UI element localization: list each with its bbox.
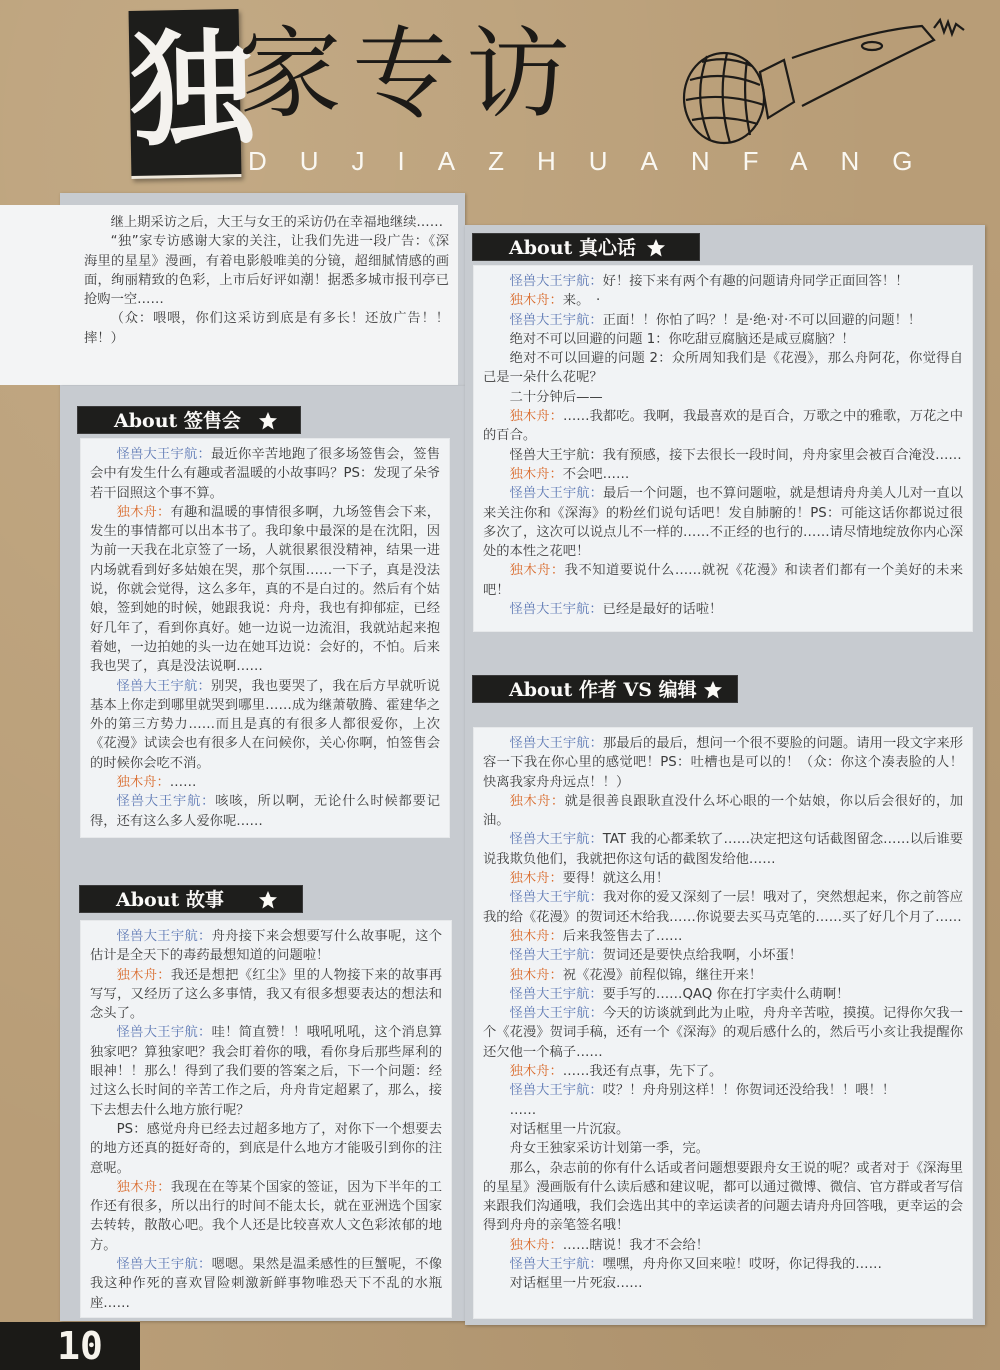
dialog-line: 独木舟：祝《花漫》前程似锦，继往开来！ (483, 966, 963, 985)
speaker-b-label: 独木舟： (510, 1238, 563, 1253)
star-icon (258, 411, 278, 431)
section-title-signing: About 签售会 (77, 406, 301, 434)
dialog-line: 怪兽大王宇航：好！接下来有两个有趣的问题请舟同学正面回答！！ (483, 272, 963, 291)
dialog-line: 怪兽大王宇航：TAT 我的心都柔软了……决定把这句话截图留念……以后谁要说我欺负… (483, 830, 963, 869)
speaker-b-label: 独木舟： (510, 794, 565, 809)
section-title-truth: About 真心话 (472, 233, 700, 261)
speaker-a-label: 怪兽大王宇航： (510, 1083, 603, 1098)
speaker-b-label: 独木舟： (117, 968, 171, 983)
dialog-line: 独木舟：不会吧…… (483, 465, 963, 484)
dialog-line: 怪兽大王宇航：已经是最好的话啦！ (483, 600, 963, 619)
dialog-line: 独木舟：来。 · (483, 291, 963, 310)
title-highlight-block: 独 (129, 9, 242, 179)
speaker-a-label: 怪兽大王宇航： (117, 679, 211, 694)
dialog-line: 独木舟：就是很善良跟耿直没什么坏心眼的一个姑娘，你以后会很好的，加油。 (483, 792, 963, 831)
speaker-a-label: 怪兽大王宇航： (510, 736, 603, 751)
dialog-line: 独木舟：我不知道要说什么……就祝《花漫》和读者们都有一个美好的未来吧！ (483, 561, 963, 600)
speaker-a-plain-label: 怪兽大王宇航： (510, 448, 603, 463)
microphone-icon (672, 10, 972, 150)
dialog-line: 怪兽大王宇航：那最后的最后，想问一个很不要脸的问题。请用一段文字来形容一下我在你… (483, 734, 963, 792)
dialog-line: 怪兽大王宇航：我有预感，接下去很长一段时间，舟舟家里会被百合淹没…… (483, 446, 963, 465)
speaker-a-label: 怪兽大王宇航： (117, 794, 216, 809)
speaker-b-label: 独木舟： (510, 871, 563, 886)
dialog-line: 怪兽大王宇航：我对你的爱又深刻了一层！哦对了，突然想起来，你之前答应我的给《花漫… (483, 888, 963, 927)
speaker-a-label: 怪兽大王宇航： (510, 486, 603, 501)
dialog-line: 独木舟：……瞎说！我才不会给！ (483, 1236, 963, 1255)
dialog-line: 怪兽大王宇航：最近你辛苦地跑了很多场签售会，签售会中有发生什么有趣或者温暖的小故… (90, 445, 440, 503)
speaker-a-label: 怪兽大王宇航： (117, 1257, 212, 1272)
speaker-a-label: 怪兽大王宇航： (510, 948, 603, 963)
section-body-truth: 怪兽大王宇航：好！接下来有两个有趣的问题请舟同学正面回答！！ 独木舟：来。 · … (473, 265, 973, 632)
speaker-b-label: 独木舟： (117, 1180, 171, 1195)
dialog-line: 独木舟：后来我签售去了…… (483, 927, 963, 946)
speaker-a-label: 怪兽大王宇航： (510, 1006, 603, 1021)
section-body-signing: 怪兽大王宇航：最近你辛苦地跑了很多场签售会，签售会中有发生什么有趣或者温暖的小故… (80, 438, 450, 838)
dialog-line: 独木舟：……我都吃。我啊，我最喜欢的是百合，万歌之中的雅歌，万花之中的百合。 (483, 407, 963, 446)
dialog-line: 怪兽大王宇航：哇！简直赞！！哦吼吼吼，这个消息算独家吧？算独家吧？我会盯着你的哦… (90, 1023, 442, 1119)
dialog-line: 怪兽大王宇航：最后一个问题，也不算问题啦，就是想请舟舟美人儿对一直以来关注你和《… (483, 484, 963, 561)
section-title-story: About 故事 (79, 885, 303, 913)
speaker-b-label: 独木舟： (510, 929, 563, 944)
dialog-line: 独木舟：有趣和温暖的事情很多啊，九场签售会下来，发生的事情都可以出本书了。我印象… (90, 503, 440, 677)
speaker-b-label: 独木舟： (510, 467, 563, 482)
dialog-line: 怪兽大王宇航：嘿嘿，舟舟你又回来啦！哎呀，你记得我的…… (483, 1255, 963, 1274)
speaker-b-label: 独木舟： (510, 563, 565, 578)
dialog-line: …… (483, 1101, 963, 1120)
dialog-line: 对话框里一片死寂…… (483, 1274, 963, 1293)
dialog-line: 怪兽大王宇航：舟舟接下来会想要写什么故事呢，这个估计是全天下的毒药最想知道的问题… (90, 927, 442, 966)
dialog-line: 对话框里一片沉寂。 (483, 1120, 963, 1139)
section-body-author-vs-editor: 怪兽大王宇航：那最后的最后，想问一个很不要脸的问题。请用一段文字来形容一下我在你… (473, 727, 973, 1319)
dialog-line: 二十分钟后—— (483, 388, 963, 407)
speaker-a-label: 怪兽大王宇航： (510, 602, 603, 617)
speaker-b-label: 独木舟： (510, 409, 563, 424)
speaker-a-label: 怪兽大王宇航： (510, 832, 603, 847)
star-icon (646, 238, 666, 258)
star-icon (703, 680, 723, 700)
intro-paragraph: “独”家专访感谢大家的关注，让我们先进一段广告：《深海里的星星》漫画，有着电影般… (84, 232, 449, 309)
speaker-a-label: 怪兽大王宇航： (117, 447, 211, 462)
title-rest: 家专访 (238, 17, 580, 131)
speaker-a-label: 怪兽大王宇航： (510, 890, 603, 905)
title-first-char: 独 (129, 15, 242, 167)
speaker-a-label: 怪兽大王宇航： (117, 929, 212, 944)
dialog-line: 独木舟：……我还有点事，先下了。 (483, 1062, 963, 1081)
dialog-line: 独木舟：我现在在等某个国家的签证，因为下半年的工作还有很多，所以出行的时间不能太… (90, 1178, 442, 1255)
speaker-a-label: 怪兽大王宇航： (117, 1025, 212, 1040)
dialog-line: 独木舟：…… (90, 773, 440, 792)
intro-text-box: 继上期采访之后，大王与女王的采访仍在幸福地继续…… “独”家专访感谢大家的关注，… (0, 205, 458, 385)
star-icon (258, 890, 278, 910)
dialog-line: 怪兽大王宇航：别哭，我也要哭了，我在后方早就听说基本上你走到哪里就哭到哪里……成… (90, 677, 440, 773)
speaker-b-label: 独木舟： (117, 775, 170, 790)
dialog-line: 怪兽大王宇航：咳咳，所以啊，无论什么时候都要记得，还有这么多人爱你呢…… (90, 792, 440, 831)
speaker-b-label: 独木舟： (510, 968, 563, 983)
dialog-line: 舟女王独家采访计划第一季，完。 (483, 1139, 963, 1158)
intro-paragraph: 继上期采访之后，大王与女王的采访仍在幸福地继续…… (84, 213, 449, 232)
dialog-line: 独木舟：要得！就这么用！ (483, 869, 963, 888)
dialog-line: 怪兽大王宇航：哎？！舟舟别这样！！你贺词还没给我！！喂！！ (483, 1081, 963, 1100)
speaker-b-label: 独木舟： (117, 505, 171, 520)
dialog-line: 怪兽大王宇航：嗯嗯。果然是温柔感性的巨蟹呢，不像我这种作死的喜欢冒险刺激新鲜事物… (90, 1255, 442, 1313)
dialog-line: 怪兽大王宇航：正面！！你怕了吗？！是·绝·对·不可以回避的问题！！ (483, 311, 963, 330)
speaker-b-label: 独木舟： (510, 1064, 563, 1079)
intro-paragraph: （众：喂喂，你们这采访到底是有多长！还放广告！！摔！） (84, 309, 449, 348)
speaker-a-label: 怪兽大王宇航： (510, 274, 603, 289)
dialog-line: 那么，杂志前的你有什么话或者问题想要跟舟女王说的呢？或者对于《深海里的星星》漫画… (483, 1159, 963, 1236)
title-pinyin: DUJIAZHUANFANG (248, 146, 945, 177)
dialog-line: 怪兽大王宇航：要手写的……QAQ 你在打字卖什么萌啊！ (483, 985, 963, 1004)
section-title-author-vs-editor: About 作者 VS 编辑 (472, 675, 738, 703)
dialog-line: 怪兽大王宇航：今天的访谈就到此为止啦，舟舟辛苦啦，摸摸。记得你欠我一个《花漫》贺… (483, 1004, 963, 1062)
speaker-a-label: 怪兽大王宇航： (510, 1257, 603, 1272)
dialog-line: 独木舟：我还是想把《红尘》里的人物接下来的故事再写写，又经历了这么多事情，我又有… (90, 966, 442, 1024)
dialog-line: PS：感觉舟舟已经去过超多地方了，对你下一个想要去的地方还真的挺好奇的，到底是什… (90, 1120, 442, 1178)
dialog-line: 绝对不可以回避的问题 1：你吃甜豆腐脑还是咸豆腐脑？！ (483, 330, 963, 349)
speaker-a-label: 怪兽大王宇航： (510, 987, 603, 1002)
dialog-line: 绝对不可以回避的问题 2：众所周知我们是《花漫》，那么舟阿花，你觉得自己是一朵什… (483, 349, 963, 388)
speaker-b-label: 独木舟： (510, 293, 563, 308)
section-body-story: 怪兽大王宇航：舟舟接下来会想要写什么故事呢，这个估计是全天下的毒药最想知道的问题… (80, 920, 452, 1318)
speaker-a-label: 怪兽大王宇航： (510, 313, 603, 328)
page-number: 10 (0, 1322, 140, 1370)
dialog-line: 怪兽大王宇航：贺词还是要快点给我啊，小坏蛋！ (483, 946, 963, 965)
